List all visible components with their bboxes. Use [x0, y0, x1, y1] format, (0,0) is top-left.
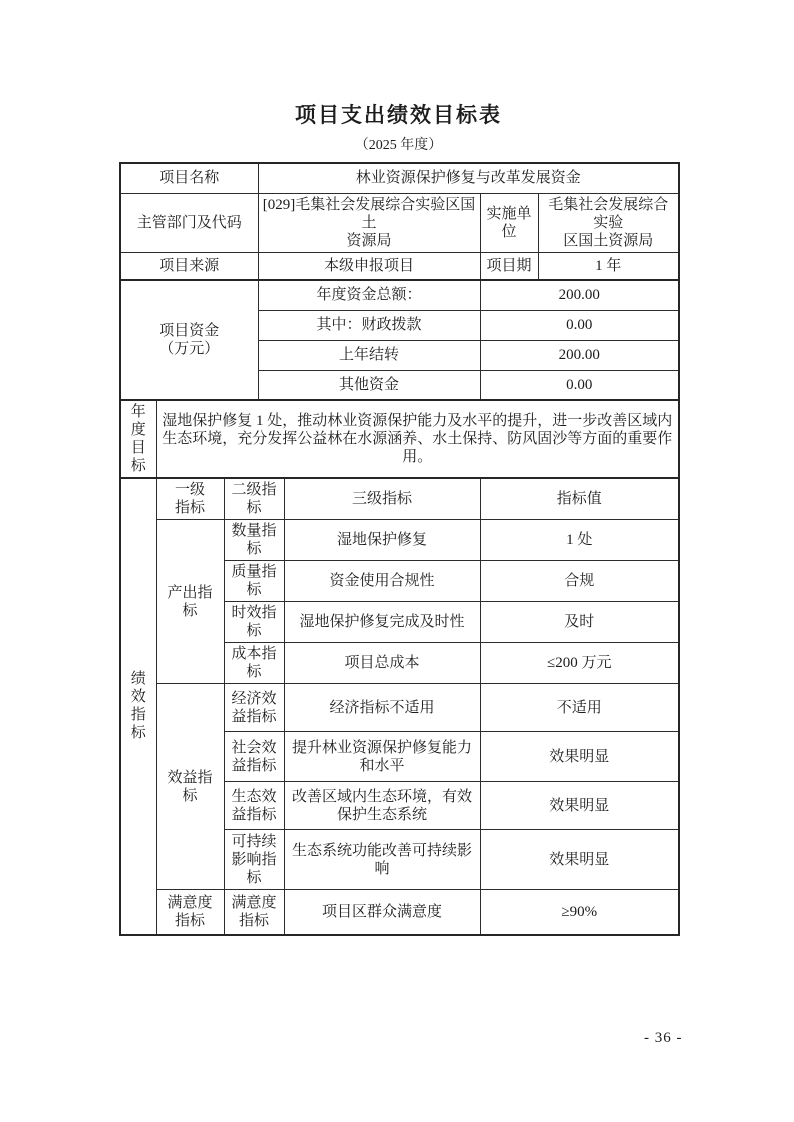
dept-label: 主管部门及代码 [120, 193, 258, 252]
table-row: 项目来源 本级申报项目 项目期 1 年 [120, 252, 679, 280]
annual-goal-vertical-label: 年 度 目 标 [120, 401, 156, 478]
source-value: 本级申报项目 [258, 252, 480, 280]
indicator-l2: 时效指 标 [224, 602, 284, 643]
indicator-l3: 生态系统功能改善可持续影 响 [284, 830, 480, 890]
annual-goal-table: 年 度 目 标 湿地保护修复 1 处，推动林业资源保护能力及水平的提升，进一步改… [119, 401, 680, 479]
indicator-value: 合规 [480, 561, 679, 602]
group-benefit-label: 效益指 标 [156, 684, 224, 890]
page-number: - 36 - [644, 1030, 683, 1047]
indicator-value: 及时 [480, 602, 679, 643]
doc-subtitle: （2025 年度） [119, 137, 678, 155]
table-row: 产出指 标 数量指 标 湿地保护修复 1 处 [120, 520, 679, 561]
table-row: 满意度 指标 满意度 指标 项目区群众满意度 ≥90% [120, 890, 679, 935]
indicator-l3: 项目总成本 [284, 643, 480, 684]
indicator-l2: 社会效 益指标 [224, 732, 284, 782]
table-row: 项目资金 （万元） 年度资金总额： 200.00 [120, 280, 679, 310]
document-page: 项目支出绩效目标表 （2025 年度） 项目名称 林业资源保护修复与改革发展资金… [0, 0, 794, 1122]
group-satisfaction-label: 满意度 指标 [156, 890, 224, 935]
indicator-l3: 项目区群众满意度 [284, 890, 480, 935]
project-name-value: 林业资源保护修复与改革发展资金 [258, 163, 679, 193]
annual-goal-text: 湿地保护修复 1 处，推动林业资源保护能力及水平的提升，进一步改善区域内生态环境… [156, 401, 679, 478]
indicator-value: 1 处 [480, 520, 679, 561]
indicator-l3: 经济指标不适用 [284, 684, 480, 732]
indicator-l3: 资金使用合规性 [284, 561, 480, 602]
indicator-l2: 成本指 标 [224, 643, 284, 684]
indicator-l2: 满意度 指标 [224, 890, 284, 935]
indicator-l3: 湿地保护修复 [284, 520, 480, 561]
indicator-l2: 数量指 标 [224, 520, 284, 561]
funds-total-label: 年度资金总额： [258, 280, 480, 310]
table-row: 主管部门及代码 [029]毛集社会发展综合实验区国土 资源局 实施单 位 毛集社… [120, 193, 679, 252]
header-level2: 二级指 标 [224, 479, 284, 520]
funds-total-value: 200.00 [480, 280, 679, 310]
table-row: 项目名称 林业资源保护修复与改革发展资金 [120, 163, 679, 193]
indicator-value: 效果明显 [480, 782, 679, 830]
source-label: 项目来源 [120, 252, 258, 280]
funds-fiscal-label: 其中：财政拨款 [258, 310, 480, 340]
table-row: 绩 效 指 标 一级 指标 二级指 标 三级指标 指标值 [120, 479, 679, 520]
doc-title: 项目支出绩效目标表 [119, 102, 678, 128]
indicator-l3: 改善区域内生态环境，有效 保护生态系统 [284, 782, 480, 830]
impl-unit-value: 毛集社会发展综合实验 区国土资源局 [538, 193, 679, 252]
funds-other-value: 0.00 [480, 370, 679, 400]
indicator-value: 不适用 [480, 684, 679, 732]
indicator-l2: 经济效 益指标 [224, 684, 284, 732]
indicator-l2: 质量指 标 [224, 561, 284, 602]
funds-other-label: 其他资金 [258, 370, 480, 400]
indicator-l3: 提升林业资源保护修复能力 和水平 [284, 732, 480, 782]
document-content: 项目支出绩效目标表 （2025 年度） 项目名称 林业资源保护修复与改革发展资金… [119, 0, 678, 936]
header-value: 指标值 [480, 479, 679, 520]
funds-carryover-label: 上年结转 [258, 340, 480, 370]
dept-value: [029]毛集社会发展综合实验区国土 资源局 [258, 193, 480, 252]
impl-unit-label: 实施单 位 [480, 193, 538, 252]
indicator-l3: 湿地保护修复完成及时性 [284, 602, 480, 643]
table-row: 效益指 标 经济效 益指标 经济指标不适用 不适用 [120, 684, 679, 732]
indicator-value: 效果明显 [480, 830, 679, 890]
funds-label: 项目资金 （万元） [120, 280, 258, 400]
indicators-table: 绩 效 指 标 一级 指标 二级指 标 三级指标 指标值 产出指 标 数量指 标… [119, 479, 680, 936]
period-label: 项目期 [480, 252, 538, 280]
table-row: 年 度 目 标 湿地保护修复 1 处，推动林业资源保护能力及水平的提升，进一步改… [120, 401, 679, 478]
funds-carryover-value: 200.00 [480, 340, 679, 370]
project-name-label: 项目名称 [120, 163, 258, 193]
indicator-value: ≥90% [480, 890, 679, 935]
group-output-label: 产出指 标 [156, 520, 224, 684]
indicators-vertical-label: 绩 效 指 标 [120, 479, 156, 935]
indicator-value: 效果明显 [480, 732, 679, 782]
indicator-value: ≤200 万元 [480, 643, 679, 684]
period-value: 1 年 [538, 252, 679, 280]
project-info-table: 项目名称 林业资源保护修复与改革发展资金 主管部门及代码 [029]毛集社会发展… [119, 162, 680, 401]
indicator-l2: 生态效 益指标 [224, 782, 284, 830]
funds-fiscal-value: 0.00 [480, 310, 679, 340]
header-level3: 三级指标 [284, 479, 480, 520]
header-level1: 一级 指标 [156, 479, 224, 520]
indicator-l2: 可持续 影响指 标 [224, 830, 284, 890]
